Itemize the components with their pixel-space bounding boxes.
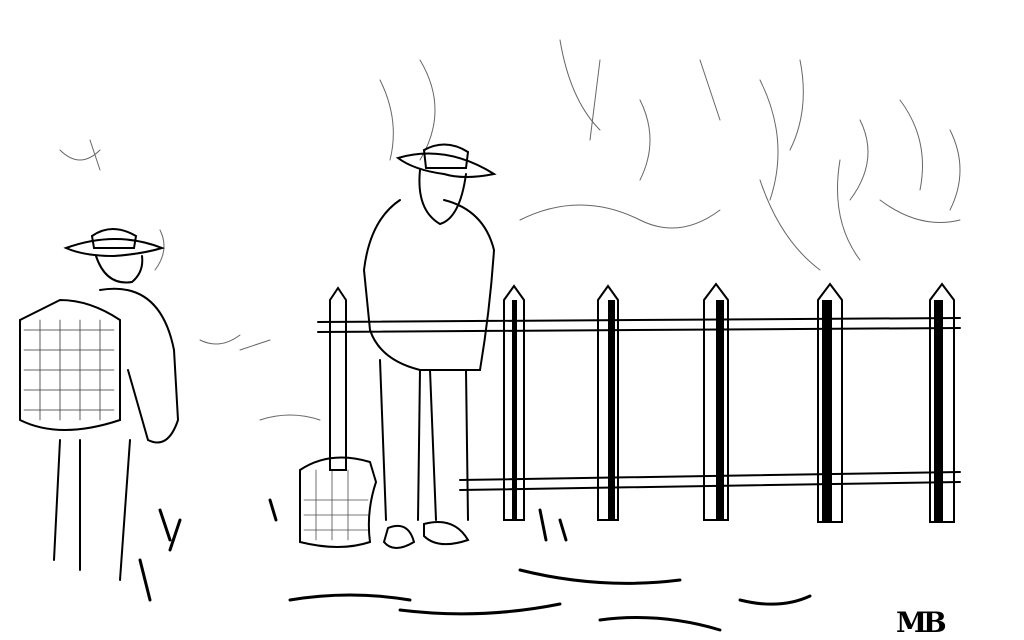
basket-weave xyxy=(24,320,114,420)
fence xyxy=(318,284,960,522)
man-standing xyxy=(364,144,494,548)
sketch-illustration: MB xyxy=(0,0,1024,640)
man-with-basket xyxy=(20,229,178,580)
artist-signature: MB xyxy=(896,606,943,639)
sketch-drawing xyxy=(0,0,1024,640)
